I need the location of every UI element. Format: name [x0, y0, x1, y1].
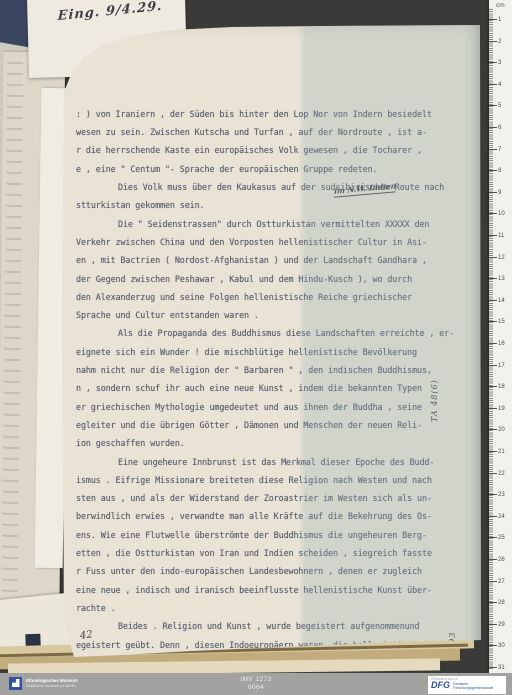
- museum-name-block: Ethnologisches Museum Staatliche Museen …: [26, 677, 78, 689]
- typed-line: : ) von Iraniern , der Süden bis hinter …: [76, 105, 470, 123]
- ruler-cm-label: 22: [489, 470, 505, 478]
- typed-line: nahm nicht nur die Religion der " Barbar…: [76, 361, 470, 379]
- ruler-cm-label: 7: [489, 146, 501, 154]
- ruler-cm-label: 15: [489, 318, 505, 326]
- ruler-cm-label: 3: [489, 59, 501, 67]
- ruler-cm-label: 27: [489, 578, 505, 586]
- typed-line: r die herrschende Kaste ein europäisches…: [76, 141, 470, 159]
- ruler-cm-label: 16: [489, 340, 505, 348]
- typed-line: eignete sich ein Wunder ! die mischblüti…: [76, 343, 470, 361]
- typed-line: etten , die Ostturkistan von Iran und In…: [76, 544, 470, 562]
- museum-logo-icon: [9, 677, 22, 690]
- typed-line: sten aus , und als der Widerstand der Zo…: [76, 489, 470, 507]
- ruler-cm-label: 11: [489, 232, 504, 240]
- typed-line: e , eine " Centum "- Sprache der europäi…: [76, 160, 470, 178]
- ruler-cm-label: 14: [489, 297, 505, 305]
- ruler-cm-label: 2: [489, 38, 501, 46]
- ruler-cm-label: 9: [489, 189, 501, 197]
- typed-line: Die " Seidenstrassen" durch Ostturkistan…: [76, 215, 470, 233]
- ruler-cm-label: 20: [489, 426, 505, 434]
- ruler-cm-label: 26: [489, 556, 505, 564]
- typed-line: Als die Propaganda des Buddhismus diese …: [76, 324, 470, 342]
- dfg-funding-logo: Gefördert durch DFG Deutsche Forschungsg…: [428, 676, 506, 694]
- typewritten-page: : ) von Iraniern , der Süden bis hinter …: [62, 20, 482, 664]
- ruler-cm-label: 31: [489, 664, 505, 672]
- typed-line: er griechischen Mythologie umgedeutet un…: [76, 398, 470, 416]
- typed-text-block: : ) von Iraniern , der Süden bis hinter …: [76, 50, 470, 690]
- dfg-logo-text: DFG: [431, 681, 450, 690]
- typed-line: wesen zu sein. Zwischen Kutscha und Turf…: [76, 123, 470, 141]
- ruler-cm-label: 30: [489, 642, 505, 650]
- typed-line: der Gegend zwischen Peshawar , Kabul und…: [76, 270, 470, 288]
- typed-line: r Fuss unter den indo-europäischen Lande…: [76, 562, 470, 580]
- digitization-footer-bar: Ethnologisches Museum Staatliche Museen …: [0, 673, 512, 695]
- image-number: 0064: [240, 684, 271, 693]
- handwritten-page-number: 42: [79, 629, 93, 642]
- ruler: cm 1234567891011121314151617181920212223…: [489, 0, 512, 673]
- typed-line: Sprache und Cultur entstanden waren .: [76, 306, 470, 324]
- typed-line: Beides . Religion und Kunst , wurde bege…: [76, 617, 470, 635]
- ruler-cm-label: 13: [489, 275, 505, 283]
- ruler-cm-label: 23: [489, 491, 505, 499]
- handwritten-margin-shelfmark: TA 48(6): [430, 346, 439, 422]
- received-date-note: Eing. 9/4.29.: [57, 0, 163, 24]
- typed-line: Verkehr zwischen China und den Vorposten…: [76, 233, 470, 251]
- ruler-cm-label: 6: [489, 124, 501, 132]
- ruler-cm-label: 25: [489, 534, 505, 542]
- museum-subname: Staatliche Museen zu Berlin: [26, 683, 78, 689]
- typed-line: berwindlich erwies , verwandte man alle …: [76, 507, 470, 525]
- ruler-cm-label: 28: [489, 599, 505, 607]
- typed-line: ion geschaffen wurden.: [76, 434, 470, 452]
- ruler-unit-label: cm: [496, 2, 505, 9]
- archive-scan-view: Eing. 9/4.29. : ) von Iraniern , der Süd…: [0, 0, 512, 695]
- ruler-cm-label: 5: [489, 102, 501, 110]
- typed-line: en , mit Bactrien ( Nordost-Afghanistan …: [76, 251, 470, 269]
- typed-line: stturkistan gekommen sein.: [76, 196, 470, 214]
- ruler-cm-label: 12: [489, 254, 505, 262]
- ruler-cm-label: 10: [489, 210, 505, 218]
- document-identifiers: IMV 1273 0064: [240, 676, 271, 693]
- museum-branding: Ethnologisches Museum Staatliche Museen …: [9, 677, 78, 690]
- typed-line: rachte .: [76, 599, 470, 617]
- shelfmark: IMV 1273: [240, 676, 271, 685]
- typed-line: eine neue , indisch und iranisch beeinfl…: [76, 581, 470, 599]
- typed-line: Eine ungeheure Innbrunst ist das Merkmal…: [76, 453, 470, 471]
- typed-line: egleiter und die übrigen Götter , Dämone…: [76, 416, 470, 434]
- ruler-cm-label: 17: [489, 362, 505, 370]
- ruler-cm-label: 4: [489, 81, 501, 89]
- typed-line: ismus . Eifrige Missionare breiteten die…: [76, 471, 470, 489]
- dfg-full-name: Deutsche Forschungsgemeinschaft: [453, 682, 493, 690]
- ruler-cm-label: 24: [489, 513, 505, 521]
- ruler-cm-label: 29: [489, 621, 505, 629]
- typed-line: ens. Wie eine Flutwelle überströmte der …: [76, 526, 470, 544]
- typed-line: n , sondern schuf ihr auch eine neue Kun…: [76, 379, 470, 397]
- ruler-cm-label: 1: [489, 16, 501, 24]
- typed-line: den Alexanderzug und seine Folgen hellen…: [76, 288, 470, 306]
- ruler-cm-label: 8: [489, 167, 501, 175]
- ruler-cm-label: 19: [489, 405, 505, 413]
- ruler-cm-label: 21: [489, 448, 505, 456]
- ghost-text-lines: [1, 62, 23, 657]
- ruler-cm-label: 18: [489, 383, 505, 391]
- typed-line: Dies Volk muss über den Kaukasus auf der…: [76, 178, 470, 196]
